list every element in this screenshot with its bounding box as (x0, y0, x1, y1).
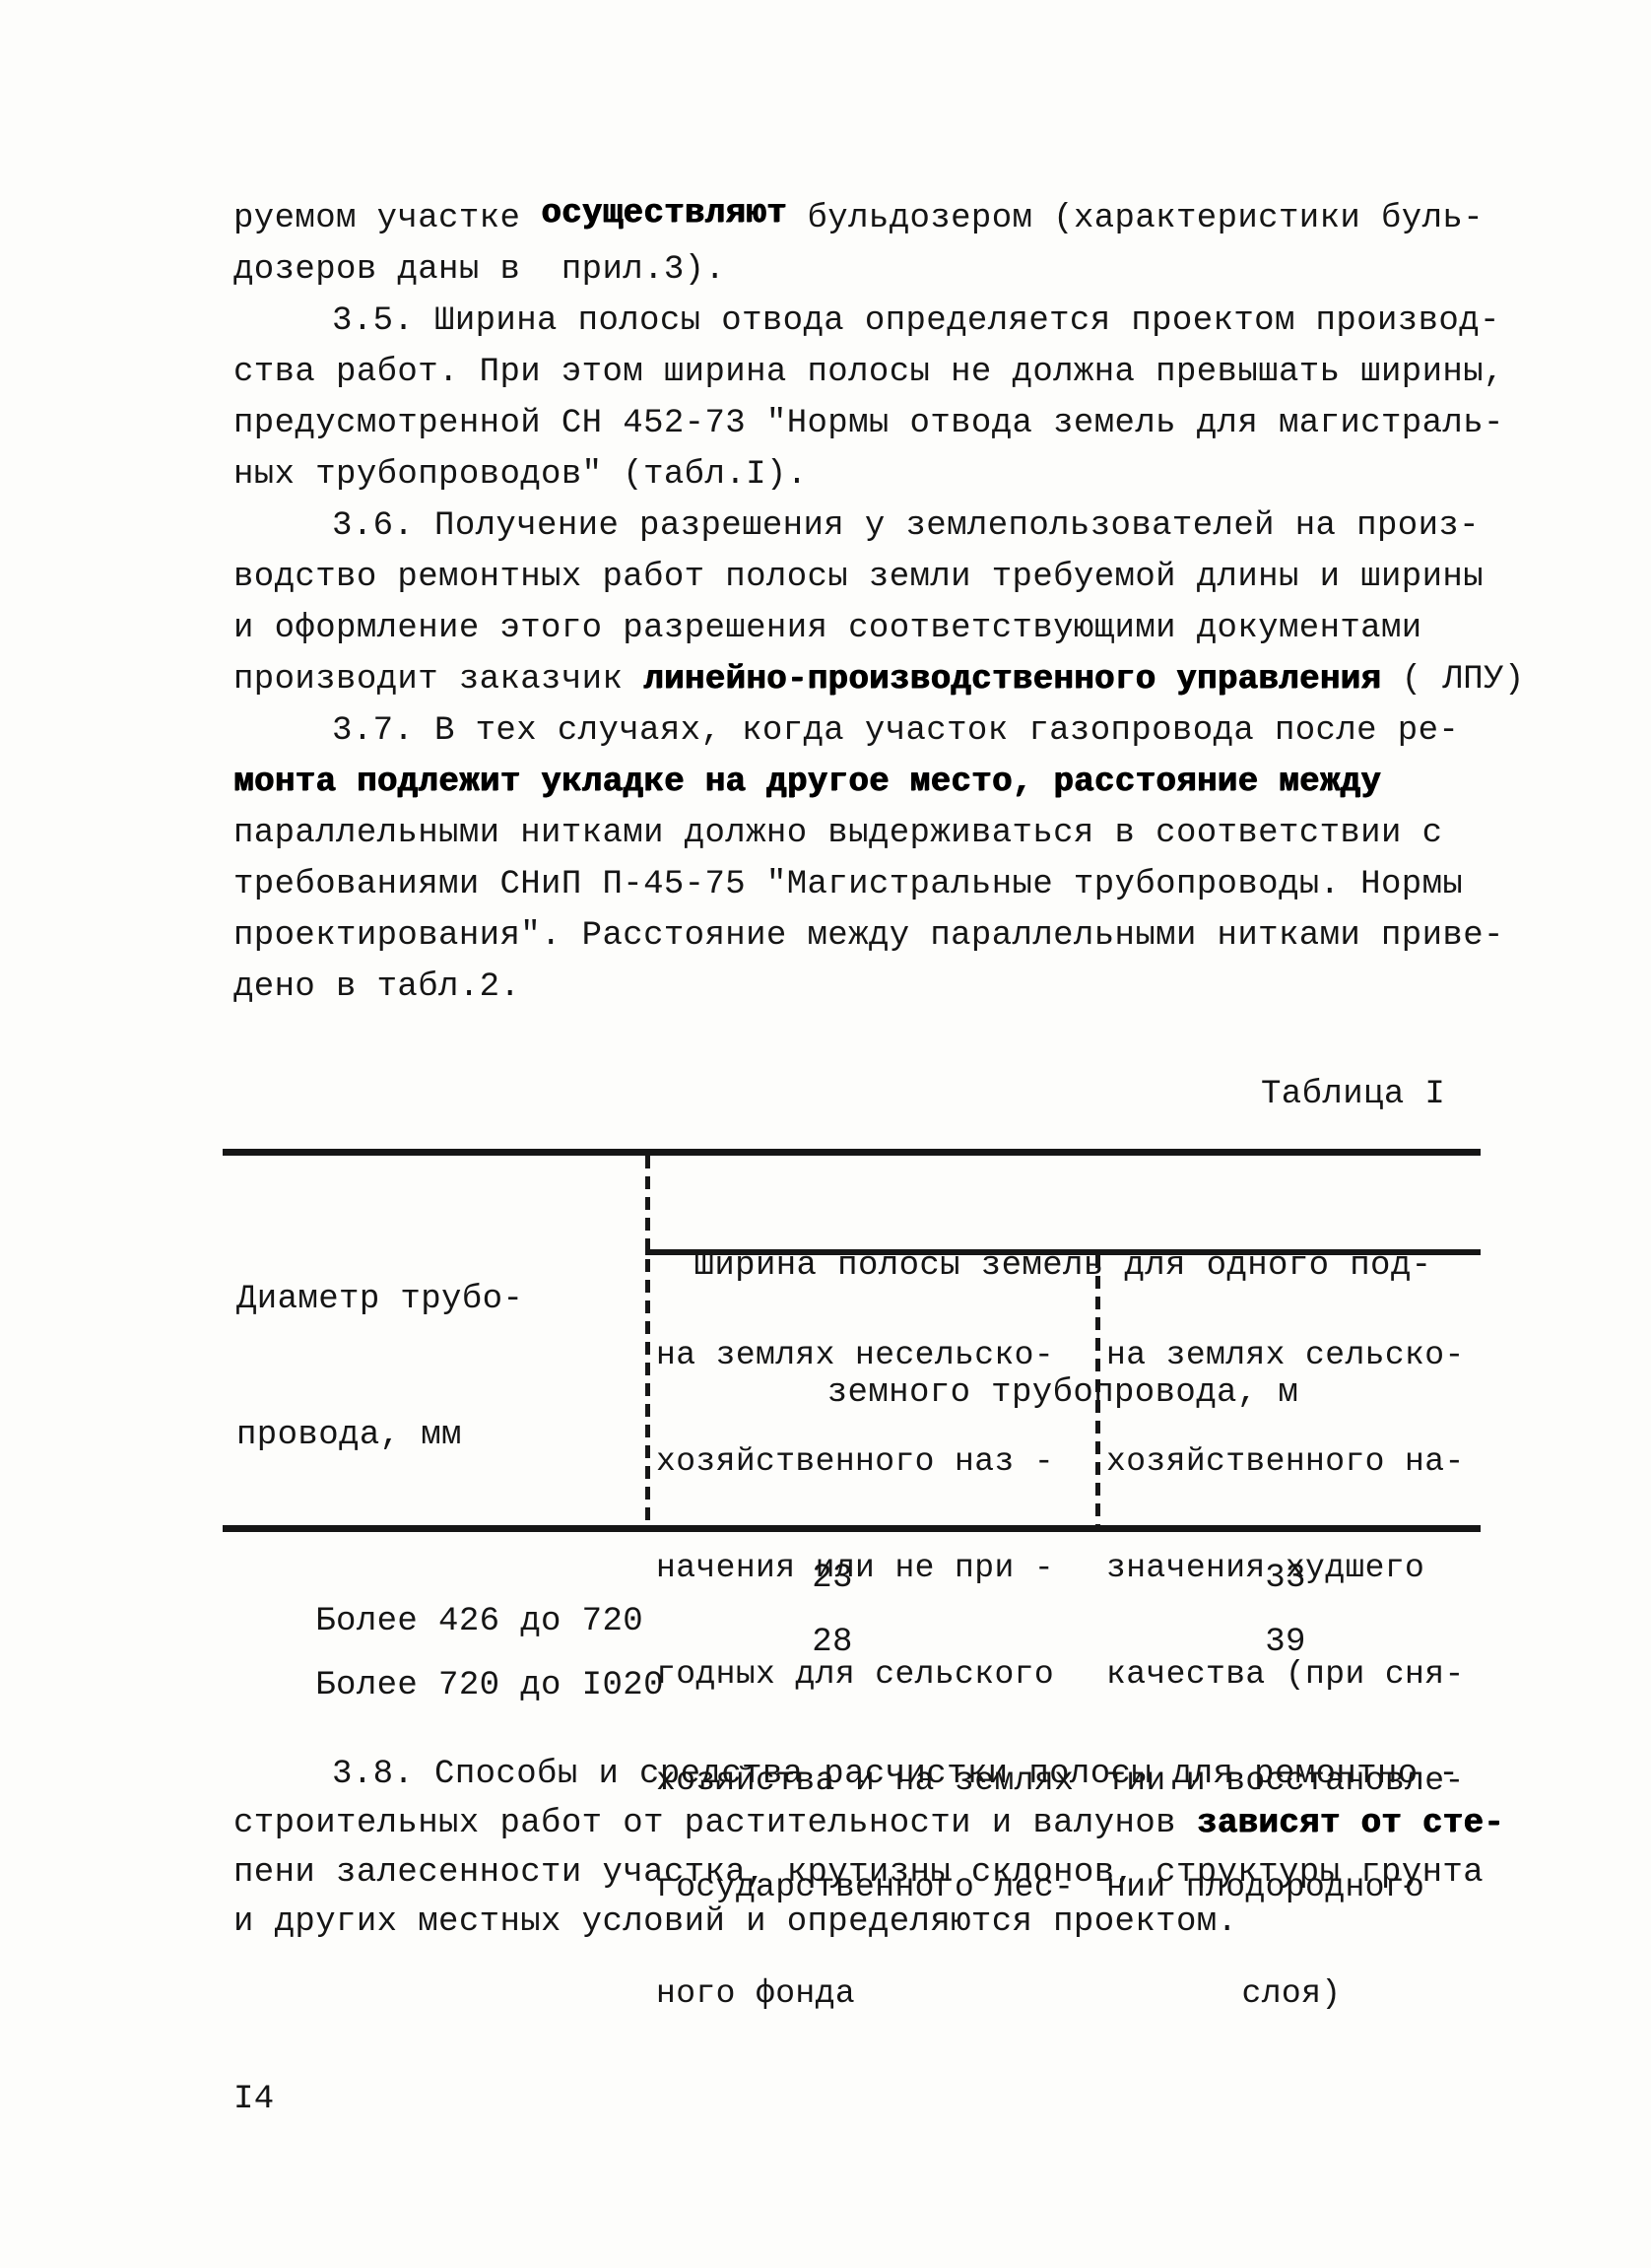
text-segment: и других местных условий и определяются … (233, 1903, 1237, 1941)
text-line: производит заказчик линейно-производстве… (233, 654, 1504, 705)
page-number: I4 (233, 2081, 275, 2118)
text-segment: строительных работ от растительности и в… (233, 1805, 1197, 1842)
row-value-right: 39 (1212, 1621, 1359, 1664)
row-label: Более 720 до I020 (315, 1667, 664, 1704)
bold-text-segment: монта подлежит укладке на другое место, … (233, 764, 1381, 801)
text-line: водство ремонтных работ полосы земли тре… (233, 552, 1504, 603)
table-subheader-right: на землях сельско- хозяйственного на- зн… (1106, 1267, 1477, 2083)
text-segment: 3.8. Способы и средства расчистки полосы… (332, 1756, 1459, 1793)
text-segment: проектирования". Расстояние между паралл… (233, 917, 1504, 955)
text-line: строительных работ от растительности и в… (233, 1799, 1504, 1848)
text-line-para-3-5: 3.5. Ширина полосы отвода определяется п… (233, 296, 1504, 347)
table-caption: Таблица I (1261, 1076, 1445, 1113)
text-line: руемом участке осуществляют бульдозером … (233, 193, 1504, 244)
text-segment: 3.6. Получение разрешения у землепользов… (332, 507, 1480, 545)
header-line: Диаметр трубо- (236, 1277, 523, 1322)
text-segment: ( ЛПУ) (1381, 661, 1525, 699)
table-1: Диаметр трубо- провода, мм Ширина полосы… (223, 1149, 1481, 1539)
header-line: провода, мм (236, 1413, 523, 1458)
table-col1-header: Диаметр трубо- провода, мм (236, 1186, 523, 1549)
text-segment: производит заказчик (233, 661, 643, 699)
text-line: и других местных условий и определяются … (233, 1898, 1504, 1947)
table-row: Более 426 до 720 23 33 (233, 1557, 1504, 1600)
bold-text-segment: зависят от сте- (1197, 1805, 1504, 1842)
text-line: дозеров даны в прил.3). (233, 244, 1504, 296)
text-line: ных трубопроводов" (табл.I). (233, 449, 1504, 500)
table-top-border (223, 1149, 1481, 1156)
text-line: дено в табл.2. (233, 962, 1504, 1013)
text-line: пени залесенности участка, крутизны скло… (233, 1848, 1504, 1898)
subheader-line: на землях сельско- (1106, 1338, 1477, 1373)
subheader-line: ного фонда (656, 1976, 1090, 2012)
row-value-left: 23 (759, 1557, 906, 1600)
text-line: монта подлежит укладке на другое место, … (233, 757, 1504, 808)
body-text-block: руемом участке осуществляют бульдозером … (233, 193, 1504, 1013)
text-line: предусмотренной СН 452-73 "Нормы отвода … (233, 398, 1504, 449)
text-segment: ства работ. При этом ширина полосы не до… (233, 354, 1504, 391)
para-3-8-block: 3.8. Способы и средства расчистки полосы… (233, 1750, 1504, 1947)
text-line: и оформление этого разрешения соответств… (233, 603, 1504, 654)
text-segment: пени залесенности участка, крутизны скло… (233, 1854, 1484, 1892)
subheader-line: на землях несельско- (656, 1338, 1090, 1373)
text-line-para-3-8: 3.8. Способы и средства расчистки полосы… (233, 1750, 1504, 1799)
subheader-line: хозяйственного наз - (656, 1444, 1090, 1480)
text-segment: водство ремонтных работ полосы земли тре… (233, 559, 1484, 596)
subheader-line: хозяйственного на- (1106, 1444, 1477, 1480)
text-line-para-3-6: 3.6. Получение разрешения у землепользов… (233, 500, 1504, 552)
text-segment: параллельными нитками должно выдерживать… (233, 815, 1442, 852)
row-value-right: 33 (1212, 1557, 1359, 1600)
text-segment: предусмотренной СН 452-73 "Нормы отвода … (233, 405, 1504, 442)
subheader-line: слоя) (1106, 1976, 1477, 2012)
text-line: ства работ. При этом ширина полосы не до… (233, 347, 1504, 398)
table-subheader-left: на землях несельско- хозяйственного наз … (656, 1267, 1090, 2083)
text-line: параллельными нитками должно выдерживать… (233, 808, 1504, 859)
text-line: проектирования". Расстояние между паралл… (233, 910, 1504, 962)
text-line-para-3-7: 3.7. В тех случаях, когда участок газопр… (233, 705, 1504, 757)
bold-text-segment: осуществляют (541, 195, 787, 233)
text-segment: дено в табл.2. (233, 968, 520, 1006)
text-segment: дозеров даны в прил.3). (233, 251, 725, 289)
text-segment: и оформление этого разрешения соответств… (233, 610, 1422, 647)
text-segment: требованиями СНиП П-45-75 "Магистральные… (233, 866, 1463, 903)
document-page: руемом участке осуществляют бульдозером … (0, 0, 1651, 2268)
text-segment: руемом участке (233, 200, 541, 237)
text-segment: 3.7. В тех случаях, когда участок газопр… (332, 712, 1459, 750)
text-segment: ных трубопроводов" (табл.I). (233, 456, 808, 494)
text-line: требованиями СНиП П-45-75 "Магистральные… (233, 859, 1504, 910)
text-segment: бульдозером (характеристики буль- (787, 200, 1484, 237)
text-segment: 3.5. Ширина полосы отвода определяется п… (332, 302, 1500, 340)
bold-text-segment: линейно-производственного управления (643, 661, 1381, 699)
row-value-left: 28 (759, 1621, 906, 1664)
table-row: Более 720 до I020 28 39 (233, 1621, 1504, 1664)
